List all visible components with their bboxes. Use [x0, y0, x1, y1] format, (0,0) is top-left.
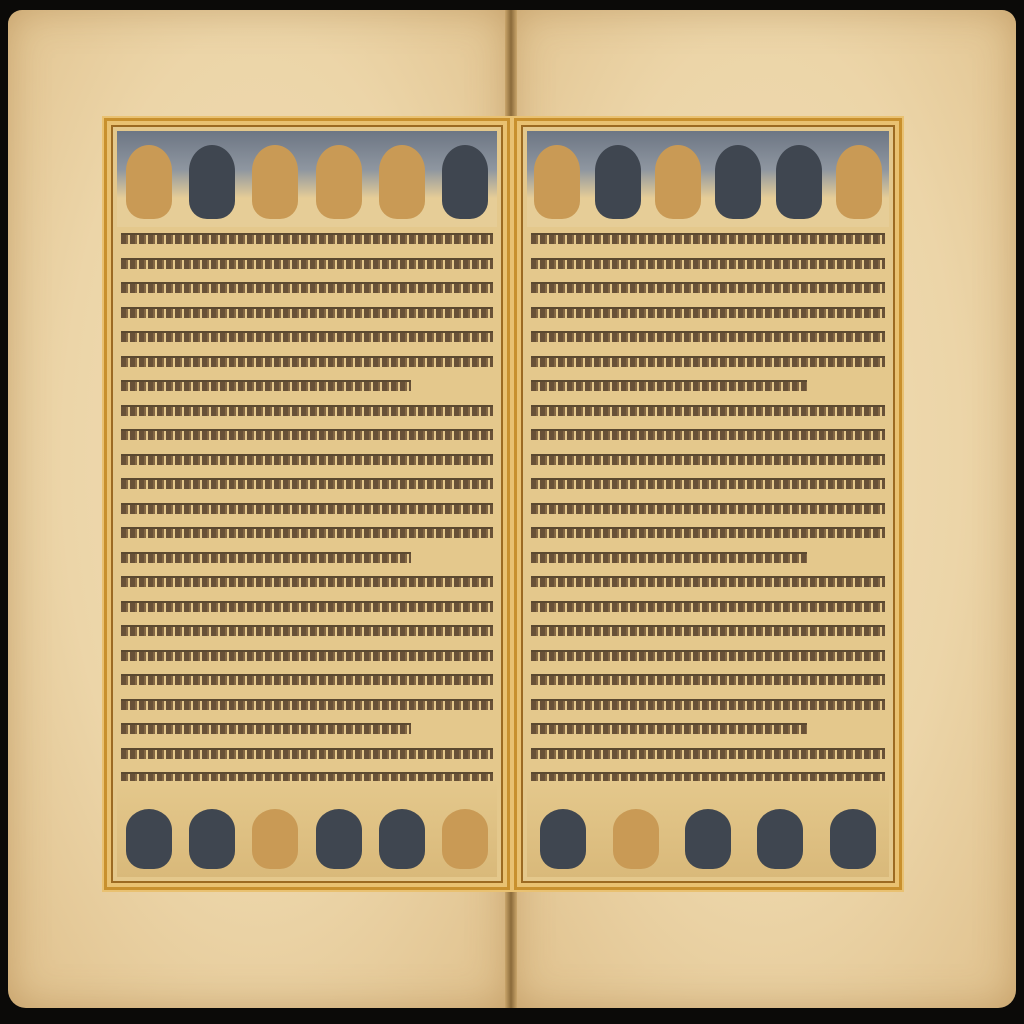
script-line	[531, 674, 885, 685]
script-line	[121, 380, 411, 391]
left-illuminated-panel	[104, 118, 510, 890]
script-line	[531, 576, 885, 587]
seated-figure	[836, 145, 882, 219]
script-line	[531, 429, 885, 440]
script-line	[531, 625, 885, 636]
left-top-figure-band	[117, 131, 497, 227]
script-line	[531, 552, 807, 563]
seated-figure	[776, 145, 822, 219]
right-script-text	[531, 233, 885, 777]
script-line	[531, 699, 885, 710]
right-top-figure-band	[527, 131, 889, 227]
seated-figure	[252, 145, 298, 219]
script-line	[121, 429, 493, 440]
script-line	[121, 454, 493, 465]
seated-figure	[715, 145, 761, 219]
seated-figure	[685, 809, 731, 869]
script-line	[121, 723, 411, 734]
script-line	[121, 233, 493, 244]
script-line	[121, 699, 493, 710]
script-line	[531, 331, 885, 342]
script-line	[531, 307, 885, 318]
seated-figure	[126, 809, 172, 869]
seated-figure	[595, 145, 641, 219]
script-line	[531, 454, 885, 465]
script-line	[121, 356, 493, 367]
script-line	[531, 356, 885, 367]
script-line	[531, 258, 885, 269]
script-line	[531, 282, 885, 293]
seated-figure	[316, 145, 362, 219]
seated-figure	[613, 809, 659, 869]
script-line	[121, 674, 493, 685]
script-line	[121, 307, 493, 318]
script-line	[531, 380, 807, 391]
script-line	[531, 748, 885, 759]
left-script-text	[121, 233, 493, 777]
script-line	[531, 601, 885, 612]
seated-figure	[442, 145, 488, 219]
seated-figure	[252, 809, 298, 869]
seated-figure	[540, 809, 586, 869]
seated-figure	[189, 809, 235, 869]
script-line	[121, 405, 493, 416]
script-line	[121, 331, 493, 342]
seated-figure	[534, 145, 580, 219]
script-line	[531, 503, 885, 514]
script-line	[121, 625, 493, 636]
script-line	[531, 723, 807, 734]
seated-figure	[189, 145, 235, 219]
right-bottom-figure-band	[527, 781, 889, 877]
seated-figure	[757, 809, 803, 869]
script-line	[531, 233, 885, 244]
open-book	[8, 10, 1016, 1008]
seated-figure	[379, 145, 425, 219]
seated-figure	[126, 145, 172, 219]
script-line	[121, 258, 493, 269]
script-line	[531, 478, 885, 489]
script-line	[121, 527, 493, 538]
seated-figure	[379, 809, 425, 869]
right-illuminated-panel	[514, 118, 902, 890]
seated-figure	[655, 145, 701, 219]
script-line	[121, 478, 493, 489]
script-line	[121, 282, 493, 293]
script-line	[531, 527, 885, 538]
seated-figure	[830, 809, 876, 869]
script-line	[121, 650, 493, 661]
script-line	[121, 748, 493, 759]
seated-figure	[316, 809, 362, 869]
script-line	[121, 601, 493, 612]
left-bottom-figure-band	[117, 781, 497, 877]
script-line	[121, 576, 493, 587]
script-line	[121, 552, 411, 563]
seated-figure	[442, 809, 488, 869]
script-line	[531, 405, 885, 416]
script-line	[531, 650, 885, 661]
script-line	[121, 503, 493, 514]
